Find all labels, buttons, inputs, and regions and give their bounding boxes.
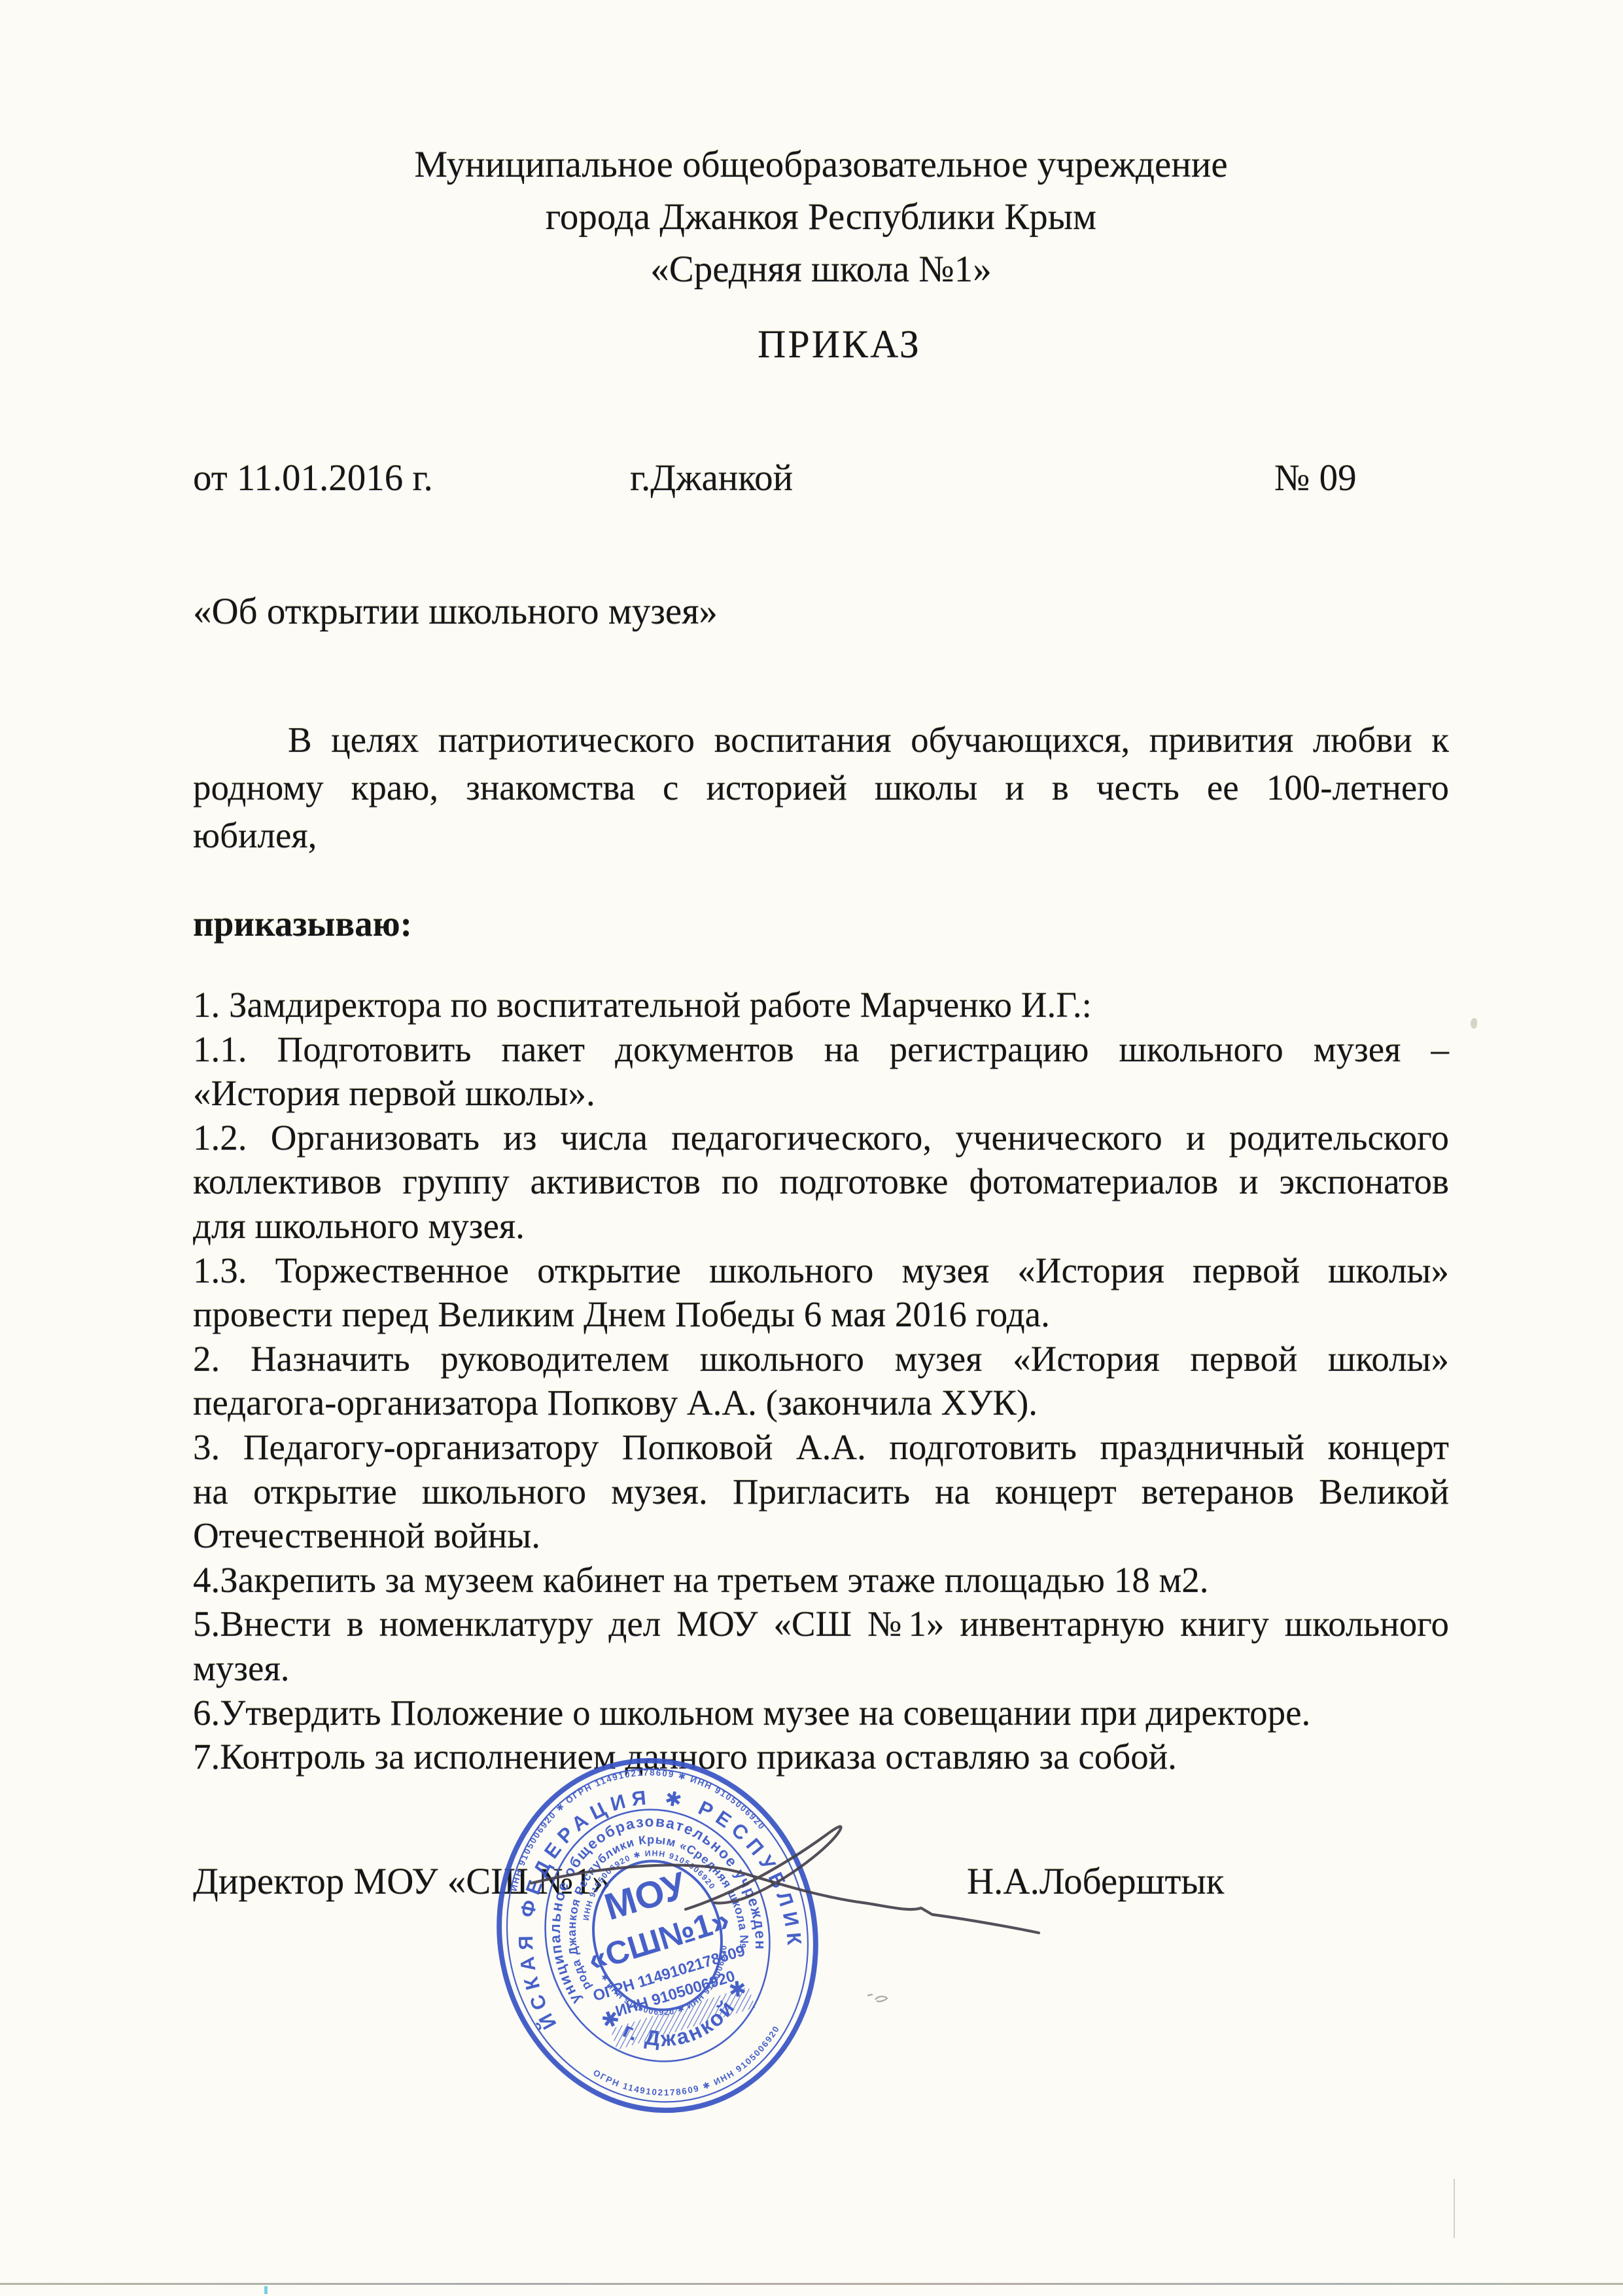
- organization-name-line: города Джанкоя Республики Крым: [193, 191, 1449, 243]
- handwritten-signature: [497, 1793, 1060, 1950]
- scanner-scratch: [1454, 2179, 1455, 2238]
- text-line: 3. Педагогу-организатору Попковой А.А. п…: [193, 1425, 1449, 1470]
- text-line: юбилея,: [193, 811, 1449, 859]
- text-line: 6.Утвердить Положение о школьном музее н…: [193, 1691, 1449, 1735]
- text-line: В целях патриотического воспитания обуча…: [193, 716, 1449, 764]
- text-line: 1. Замдиректора по воспитательной работе…: [193, 983, 1449, 1027]
- scanned-order-document: Муниципальное общеобразовательное учрежд…: [0, 0, 1623, 2296]
- text-line: для школьного музея.: [193, 1204, 1449, 1248]
- text-line: родному краю, знакомства с историей школ…: [193, 764, 1449, 811]
- pencil-artifact: [865, 1990, 896, 2010]
- intro-paragraph: В целях патриотического воспитания обуча…: [193, 716, 1449, 859]
- order-number: № 09: [1274, 457, 1357, 499]
- text-line: 1.1. Подготовить пакет документов на рег…: [193, 1027, 1449, 1072]
- text-line: 1.3. Торжественное открытие школьного му…: [193, 1248, 1449, 1293]
- text-line: 5.Внести в номенклатуру дел МОУ «СШ №1» …: [193, 1602, 1449, 1646]
- text-line: 4.Закрепить за музеем кабинет на третьем…: [193, 1558, 1449, 1602]
- text-line: 7.Контроль за исполнением данного приказ…: [193, 1735, 1449, 1779]
- organization-header: Муниципальное общеобразовательное учрежд…: [193, 139, 1449, 296]
- order-subject: «Об открытии школьного музея»: [193, 590, 718, 633]
- text-line: 1.2. Организовать из числа педагогическо…: [193, 1116, 1449, 1160]
- order-meta-row: от 11.01.2016 г. г.Джанкой № 09: [0, 457, 1623, 503]
- text-line: Отечественной войны.: [193, 1513, 1449, 1558]
- text-line: 2. Назначить руководителем школьного муз…: [193, 1337, 1449, 1381]
- order-place: г.Джанкой: [630, 457, 793, 499]
- text-line: коллективов группу активистов по подгото…: [193, 1159, 1449, 1204]
- paper-speck: [1471, 1018, 1477, 1029]
- document-type-title: ПРИКАЗ: [211, 322, 1467, 367]
- text-line: провести перед Великим Днем Победы 6 мая…: [193, 1292, 1449, 1337]
- order-keyword: приказываю:: [193, 903, 412, 944]
- text-line: педагога-организатора Попкову А.А. (зако…: [193, 1381, 1449, 1425]
- organization-name-line: Муниципальное общеобразовательное учрежд…: [193, 139, 1449, 191]
- order-items: 1. Замдиректора по воспитательной работе…: [193, 983, 1449, 1779]
- scanner-edge-line: [0, 2283, 1623, 2285]
- organization-name-line: «Средняя школа №1»: [193, 243, 1449, 296]
- scanner-color-tick: [264, 2286, 268, 2294]
- text-line: музея.: [193, 1646, 1449, 1691]
- text-line: на открытие школьного музея. Пригласить …: [193, 1470, 1449, 1514]
- order-date: от 11.01.2016 г.: [193, 457, 433, 499]
- text-line: «История первой школы».: [193, 1071, 1449, 1116]
